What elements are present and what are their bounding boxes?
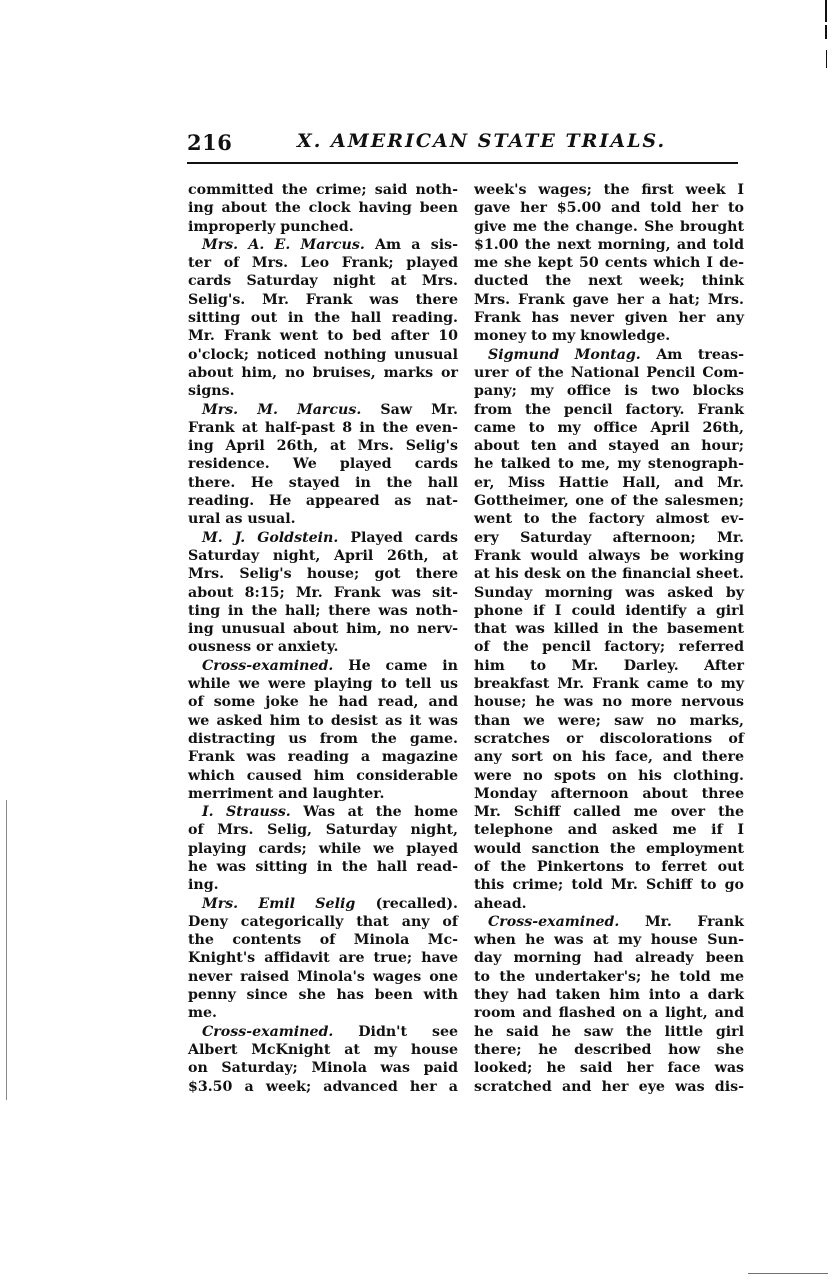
- text-line: the contents of Minola Mc-: [188, 931, 458, 949]
- line-text: breakfast Mr. Frank came to my: [474, 676, 744, 692]
- text-line: residence. We played cards: [188, 455, 458, 473]
- speaker-name: I. Strauss.: [202, 804, 291, 820]
- text-line: me she kept 50 cents which I de-: [474, 254, 744, 272]
- line-text: committed the crime; said noth-: [188, 182, 458, 198]
- line-text: that was killed in the basement: [474, 621, 744, 637]
- text-line: on Saturday; Minola was paid: [188, 1059, 458, 1077]
- line-text: o'clock; noticed nothing unusual: [188, 347, 458, 363]
- text-line: ducted the next week; think: [474, 272, 744, 290]
- text-line: Selig's. Mr. Frank was there: [188, 291, 458, 309]
- line-text: to the undertaker's; he told me: [474, 969, 744, 985]
- text-line: than we were; saw no marks,: [474, 712, 744, 730]
- page-header: 216 X. AMERICAN STATE TRIALS.: [187, 130, 738, 160]
- line-text: Monday afternoon about three: [474, 786, 744, 802]
- text-line: any sort on his face, and there: [474, 748, 744, 766]
- line-text: looked; he said her face was: [474, 1060, 744, 1076]
- line-text: improperly punched.: [188, 219, 354, 235]
- paragraph-start-line: Mrs. Emil Selig (recalled).: [188, 895, 458, 913]
- text-line: never raised Minola's wages one: [188, 968, 458, 986]
- line-text: at his desk on the financial sheet.: [474, 566, 744, 582]
- text-line: Mr. Frank went to bed after 10: [188, 327, 458, 345]
- line-text: day morning had already been: [474, 950, 744, 966]
- line-text: about 8:15; Mr. Frank was sit-: [188, 585, 458, 601]
- speaker-name: Cross-examined.: [202, 658, 333, 674]
- speaker-name: Sigmund Montag.: [488, 347, 641, 363]
- line-text: $1.00 the next morning, and told: [474, 237, 744, 253]
- text-line: scratches or discolorations of: [474, 730, 744, 748]
- line-text: signs.: [188, 383, 235, 399]
- line-text: went to the factory almost ev-: [474, 511, 744, 527]
- text-line: ing about the clock having been: [188, 199, 458, 217]
- text-line: signs.: [188, 382, 458, 400]
- line-text: (recalled).: [355, 896, 458, 912]
- text-line: $3.50 a week; advanced her a: [188, 1078, 458, 1096]
- text-line: ing.: [188, 876, 458, 894]
- text-line: there; he described how she: [474, 1041, 744, 1059]
- line-text: any sort on his face, and there: [474, 749, 744, 765]
- line-text: penny since she has been with: [188, 987, 458, 1003]
- line-text: ting in the hall; there was noth-: [188, 603, 458, 619]
- text-line: at his desk on the financial sheet.: [474, 565, 744, 583]
- line-text: Frank at half-past 8 in the even-: [188, 420, 458, 436]
- text-line: would sanction the employment: [474, 840, 744, 858]
- line-text: Am treas-: [641, 347, 744, 363]
- line-text: Mr. Schiff called me over the: [474, 804, 744, 820]
- line-text: him to Mr. Darley. After: [474, 658, 744, 674]
- line-text: from the pencil factory. Frank: [474, 402, 744, 418]
- line-text: he said he saw the little girl: [474, 1024, 744, 1040]
- paragraph-start-line: M. J. Goldstein. Played cards: [188, 529, 458, 547]
- line-text: we asked him to desist as it was: [188, 713, 458, 729]
- text-line: of Mrs. Selig, Saturday night,: [188, 821, 458, 839]
- text-line: Frank was reading a magazine: [188, 748, 458, 766]
- scan-edge-mark: [748, 1273, 828, 1274]
- line-text: there. He stayed in the hall: [188, 475, 458, 491]
- text-line: were no spots on his clothing.: [474, 767, 744, 785]
- text-line: Knight's affidavit are true; have: [188, 949, 458, 967]
- line-text: room and flashed on a light, and: [474, 1005, 744, 1021]
- line-text: of the pencil factory; referred: [474, 639, 744, 655]
- line-text: Knight's affidavit are true; have: [188, 950, 458, 966]
- text-line: house; he was no more nervous: [474, 693, 744, 711]
- header-rule: [187, 162, 738, 164]
- text-line: he was sitting in the hall read-: [188, 858, 458, 876]
- line-text: he talked to me, my stenograph-: [474, 456, 744, 472]
- line-text: ducted the next week; think: [474, 273, 744, 289]
- line-text: week's wages; the first week I: [474, 182, 744, 198]
- line-text: of Mrs. Selig, Saturday night,: [188, 822, 458, 838]
- line-text: Mrs. Selig's house; got there: [188, 566, 458, 582]
- line-text: while we were playing to tell us: [188, 676, 458, 692]
- line-text: of some joke he had read, and: [188, 694, 458, 710]
- text-line: distracting us from the game.: [188, 730, 458, 748]
- text-line: $1.00 the next morning, and told: [474, 236, 744, 254]
- text-line: this crime; told Mr. Schiff to go: [474, 876, 744, 894]
- line-text: ing about the clock having been: [188, 200, 458, 216]
- text-line: which caused him considerable: [188, 767, 458, 785]
- line-text: money to my knowledge.: [474, 328, 670, 344]
- speaker-name: Cross-examined.: [202, 1024, 333, 1040]
- line-text: scratched and her eye was dis-: [474, 1079, 744, 1095]
- text-line: week's wages; the first week I: [474, 181, 744, 199]
- text-line: ousness or anxiety.: [188, 638, 458, 656]
- text-line: we asked him to desist as it was: [188, 712, 458, 730]
- speaker-name: M. J. Goldstein.: [202, 530, 338, 546]
- text-line: money to my knowledge.: [474, 327, 744, 345]
- line-text: scratches or discolorations of: [474, 731, 744, 747]
- line-text: this crime; told Mr. Schiff to go: [474, 877, 744, 893]
- line-text: never raised Minola's wages one: [188, 969, 458, 985]
- line-text: er, Miss Hattie Hall, and Mr.: [474, 475, 744, 491]
- text-line: Frank at half-past 8 in the even-: [188, 419, 458, 437]
- line-text: Saturday night, April 26th, at: [188, 548, 458, 564]
- text-line: gave her $5.00 and told her to: [474, 199, 744, 217]
- text-line: of the pencil factory; referred: [474, 638, 744, 656]
- text-line: scratched and her eye was dis-: [474, 1078, 744, 1096]
- text-line: he talked to me, my stenograph-: [474, 455, 744, 473]
- text-line: pany; my office is two blocks: [474, 382, 744, 400]
- line-text: Frank was reading a magazine: [188, 749, 458, 765]
- line-text: Albert McKnight at my house: [188, 1042, 458, 1058]
- text-line: ing unusual about him, no nerv-: [188, 620, 458, 638]
- text-line: urer of the National Pencil Com-: [474, 364, 744, 382]
- line-text: about ten and stayed an hour;: [474, 438, 744, 454]
- running-title: X. AMERICAN STATE TRIALS.: [297, 130, 666, 152]
- text-line: improperly punched.: [188, 218, 458, 236]
- text-line: ery Saturday afternoon; Mr.: [474, 529, 744, 547]
- line-text: Mr. Frank went to bed after 10: [188, 328, 458, 344]
- text-line: playing cards; while we played: [188, 840, 458, 858]
- line-text: distracting us from the game.: [188, 731, 458, 747]
- line-text: ing.: [188, 877, 219, 893]
- text-line: Deny categorically that any of: [188, 913, 458, 931]
- line-text: house; he was no more nervous: [474, 694, 744, 710]
- text-line: penny since she has been with: [188, 986, 458, 1004]
- line-text: telephone and asked me if I: [474, 822, 744, 838]
- scan-edge-mark: [825, 25, 827, 39]
- line-text: reading. He appeared as nat-: [188, 493, 458, 509]
- text-line: ting in the hall; there was noth-: [188, 602, 458, 620]
- text-line: they had taken him into a dark: [474, 986, 744, 1004]
- line-text: merriment and laughter.: [188, 786, 384, 802]
- line-text: phone if I could identify a girl: [474, 603, 744, 619]
- line-text: of the Pinkertons to ferret out: [474, 859, 744, 875]
- text-line: Gottheimer, one of the salesmen;: [474, 492, 744, 510]
- line-text: ing April 26th, at Mrs. Selig's: [188, 438, 458, 454]
- line-text: Saw Mr.: [361, 402, 458, 418]
- text-line: about him, no bruises, marks or: [188, 364, 458, 382]
- text-line: about ten and stayed an hour;: [474, 437, 744, 455]
- line-text: Didn't see: [333, 1024, 458, 1040]
- text-line: about 8:15; Mr. Frank was sit-: [188, 584, 458, 602]
- line-text: me she kept 50 cents which I de-: [474, 255, 744, 271]
- scan-edge-mark: [825, 0, 827, 22]
- line-text: ural as usual.: [188, 511, 296, 527]
- page-number: 216: [187, 130, 232, 155]
- right-column: week's wages; the first week Igave her $…: [474, 181, 744, 1096]
- text-line: looked; he said her face was: [474, 1059, 744, 1077]
- text-line: Mrs. Selig's house; got there: [188, 565, 458, 583]
- line-text: ousness or anxiety.: [188, 639, 338, 655]
- line-text: urer of the National Pencil Com-: [474, 365, 744, 381]
- line-text: Frank has never given her any: [474, 310, 744, 326]
- paragraph-start-line: Cross-examined. He came in: [188, 657, 458, 675]
- paragraph-start-line: Mrs. A. E. Marcus. Am a sis-: [188, 236, 458, 254]
- line-text: ter of Mrs. Leo Frank; played: [188, 255, 458, 271]
- text-line: Monday afternoon about three: [474, 785, 744, 803]
- text-line: give me the change. She brought: [474, 218, 744, 236]
- line-text: they had taken him into a dark: [474, 987, 744, 1003]
- book-page: 216 X. AMERICAN STATE TRIALS. committed …: [0, 0, 836, 1284]
- line-text: Am a sis-: [365, 237, 458, 253]
- text-line: o'clock; noticed nothing unusual: [188, 346, 458, 364]
- text-line: ural as usual.: [188, 510, 458, 528]
- line-text: sitting out in the hall reading.: [188, 310, 458, 326]
- line-text: ahead.: [474, 896, 527, 912]
- text-line: from the pencil factory. Frank: [474, 401, 744, 419]
- text-line: he said he saw the little girl: [474, 1023, 744, 1041]
- text-line: Mr. Schiff called me over the: [474, 803, 744, 821]
- text-line: that was killed in the basement: [474, 620, 744, 638]
- line-text: me.: [188, 1005, 217, 1021]
- text-line: me.: [188, 1004, 458, 1022]
- speaker-name: Mrs. Emil Selig: [202, 896, 355, 912]
- speaker-name: Mrs. A. E. Marcus.: [202, 237, 365, 253]
- line-text: there; he described how she: [474, 1042, 744, 1058]
- line-text: Sunday morning was asked by: [474, 585, 744, 601]
- text-line: while we were playing to tell us: [188, 675, 458, 693]
- text-line: of the Pinkertons to ferret out: [474, 858, 744, 876]
- line-text: about him, no bruises, marks or: [188, 365, 458, 381]
- line-text: Mrs. Frank gave her a hat; Mrs.: [474, 292, 744, 308]
- line-text: Mr. Frank: [619, 914, 744, 930]
- line-text: on Saturday; Minola was paid: [188, 1060, 458, 1076]
- line-text: $3.50 a week; advanced her a: [188, 1079, 458, 1095]
- line-text: than we were; saw no marks,: [474, 713, 744, 729]
- text-line: Mrs. Frank gave her a hat; Mrs.: [474, 291, 744, 309]
- text-line: telephone and asked me if I: [474, 821, 744, 839]
- text-line: Sunday morning was asked by: [474, 584, 744, 602]
- line-text: came to my office April 26th,: [474, 420, 744, 436]
- line-text: ery Saturday afternoon; Mr.: [474, 530, 744, 546]
- text-line: went to the factory almost ev-: [474, 510, 744, 528]
- text-line: ahead.: [474, 895, 744, 913]
- line-text: pany; my office is two blocks: [474, 383, 744, 399]
- text-line: came to my office April 26th,: [474, 419, 744, 437]
- text-line: sitting out in the hall reading.: [188, 309, 458, 327]
- line-text: when he was at my house Sun-: [474, 932, 744, 948]
- paragraph-start-line: Cross-examined. Didn't see: [188, 1023, 458, 1041]
- line-text: which caused him considerable: [188, 768, 458, 784]
- line-text: ing unusual about him, no nerv-: [188, 621, 458, 637]
- text-line: committed the crime; said noth-: [188, 181, 458, 199]
- text-line: when he was at my house Sun-: [474, 931, 744, 949]
- scan-edge-mark: [826, 50, 827, 68]
- line-text: Gottheimer, one of the salesmen;: [474, 493, 744, 509]
- text-line: ter of Mrs. Leo Frank; played: [188, 254, 458, 272]
- paragraph-start-line: Mrs. M. Marcus. Saw Mr.: [188, 401, 458, 419]
- line-text: Frank would always be working: [474, 548, 744, 564]
- line-text: he was sitting in the hall read-: [188, 859, 458, 875]
- text-line: er, Miss Hattie Hall, and Mr.: [474, 474, 744, 492]
- text-line: Albert McKnight at my house: [188, 1041, 458, 1059]
- line-text: gave her $5.00 and told her to: [474, 200, 744, 216]
- line-text: Selig's. Mr. Frank was there: [188, 292, 458, 308]
- text-line: there. He stayed in the hall: [188, 474, 458, 492]
- text-line: Frank has never given her any: [474, 309, 744, 327]
- paragraph-start-line: Cross-examined. Mr. Frank: [474, 913, 744, 931]
- speaker-name: Cross-examined.: [488, 914, 619, 930]
- line-text: Was at the home: [291, 804, 458, 820]
- line-text: the contents of Minola Mc-: [188, 932, 458, 948]
- paragraph-start-line: I. Strauss. Was at the home: [188, 803, 458, 821]
- paragraph-start-line: Sigmund Montag. Am treas-: [474, 346, 744, 364]
- text-line: breakfast Mr. Frank came to my: [474, 675, 744, 693]
- left-column: committed the crime; said noth-ing about…: [188, 181, 458, 1096]
- line-text: He came in: [333, 658, 458, 674]
- line-text: residence. We played cards: [188, 456, 458, 472]
- line-text: Deny categorically that any of: [188, 914, 458, 930]
- text-line: him to Mr. Darley. After: [474, 657, 744, 675]
- line-text: Played cards: [338, 530, 458, 546]
- line-text: playing cards; while we played: [188, 841, 458, 857]
- text-line: merriment and laughter.: [188, 785, 458, 803]
- text-line: cards Saturday night at Mrs.: [188, 272, 458, 290]
- text-line: Frank would always be working: [474, 547, 744, 565]
- text-line: to the undertaker's; he told me: [474, 968, 744, 986]
- scan-edge-mark: [6, 800, 7, 1100]
- line-text: give me the change. She brought: [474, 219, 744, 235]
- text-line: reading. He appeared as nat-: [188, 492, 458, 510]
- text-line: of some joke he had read, and: [188, 693, 458, 711]
- line-text: were no spots on his clothing.: [474, 768, 744, 784]
- text-line: phone if I could identify a girl: [474, 602, 744, 620]
- text-line: room and flashed on a light, and: [474, 1004, 744, 1022]
- line-text: cards Saturday night at Mrs.: [188, 273, 458, 289]
- speaker-name: Mrs. M. Marcus.: [202, 402, 361, 418]
- text-line: ing April 26th, at Mrs. Selig's: [188, 437, 458, 455]
- line-text: would sanction the employment: [474, 841, 744, 857]
- text-line: Saturday night, April 26th, at: [188, 547, 458, 565]
- text-line: day morning had already been: [474, 949, 744, 967]
